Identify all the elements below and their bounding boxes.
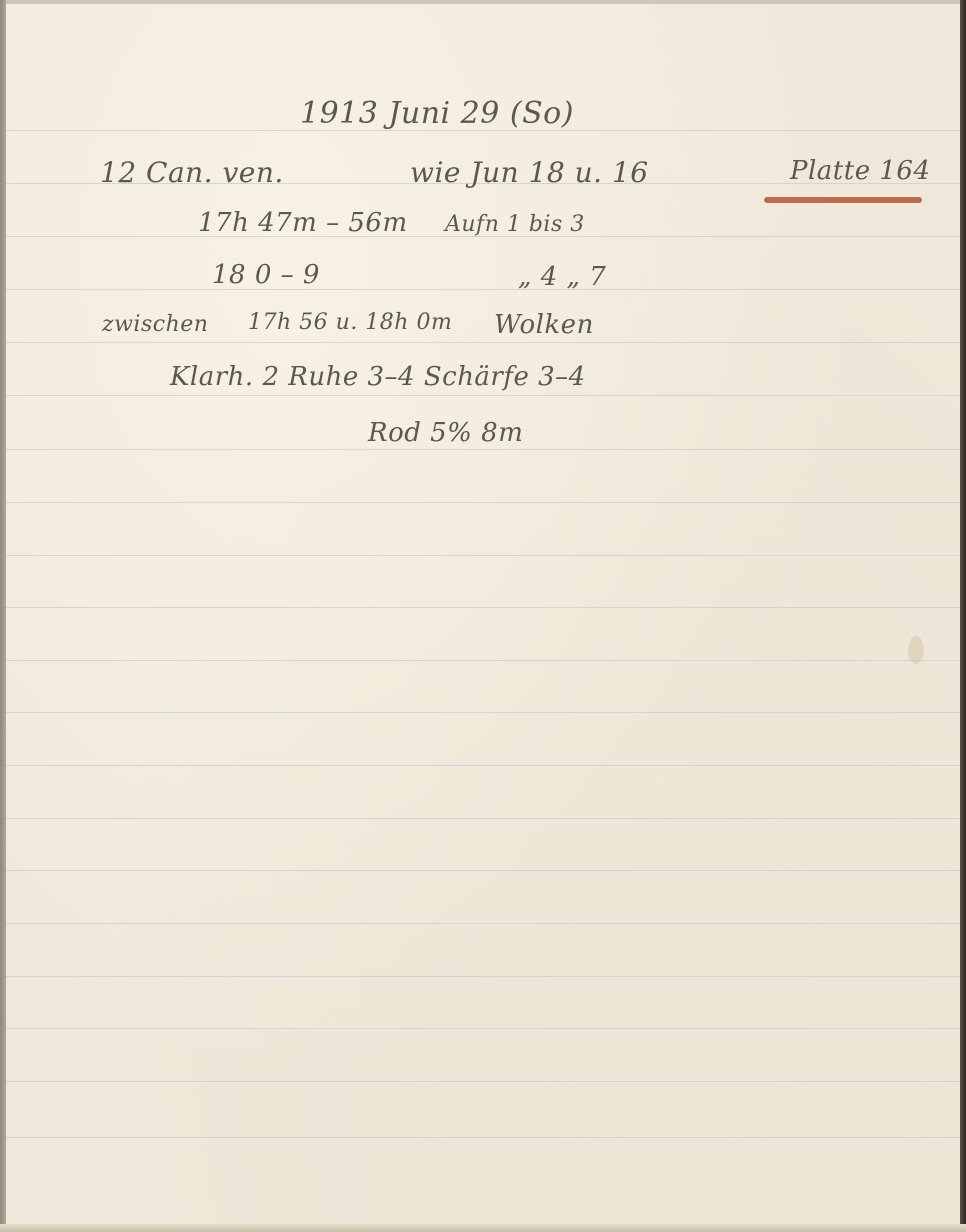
exposure-time-1: 17h 47m – 56m (198, 208, 408, 238)
ruled-line (6, 923, 960, 924)
exposure-frames-1: Aufn 1 bis 3 (445, 212, 585, 237)
entry-reference: wie Jun 18 u. 16 (410, 156, 649, 189)
ruled-line (6, 555, 960, 556)
seeing-conditions: Klarh. 2 Ruhe 3–4 Schärfe 3–4 (170, 362, 586, 392)
ruled-line (6, 1028, 960, 1029)
ruled-line (6, 289, 960, 290)
page-bottom-edge (0, 1224, 966, 1232)
exposure-frames-2: „ 4 „ 7 (518, 262, 606, 292)
entry-object: 12 Can. ven. (100, 156, 284, 189)
date-heading: 1913 Juni 29 (So) (300, 96, 574, 131)
clouds-note-word: Wolken (494, 310, 594, 340)
notebook-page: 1913 Juni 29 (So) 12 Can. ven. wie Jun 1… (0, 0, 966, 1232)
page-right-edge (960, 0, 966, 1232)
ruled-line (6, 607, 960, 608)
ruled-line (6, 395, 960, 396)
ruled-line (6, 1081, 960, 1082)
clouds-note-prefix: zwischen (102, 312, 208, 337)
ruled-line (6, 712, 960, 713)
clouds-note-time: 17h 56 u. 18h 0m (248, 310, 452, 335)
ruled-line (6, 818, 960, 819)
ruled-line (6, 976, 960, 977)
ruled-line (6, 449, 960, 450)
developer-note: Rod 5% 8m (368, 418, 523, 448)
page-top-edge (0, 0, 966, 4)
ruled-line (6, 765, 960, 766)
ruled-line (6, 1137, 960, 1138)
ruled-line (6, 502, 960, 503)
ruled-line (6, 870, 960, 871)
paper-stain (908, 636, 924, 664)
ruled-line (6, 660, 960, 661)
binding-edge (0, 0, 6, 1232)
plate-label: Platte 164 (790, 156, 930, 186)
plate-underline (764, 197, 922, 203)
ruled-line (6, 342, 960, 343)
exposure-time-2: 18 0 – 9 (212, 260, 320, 290)
